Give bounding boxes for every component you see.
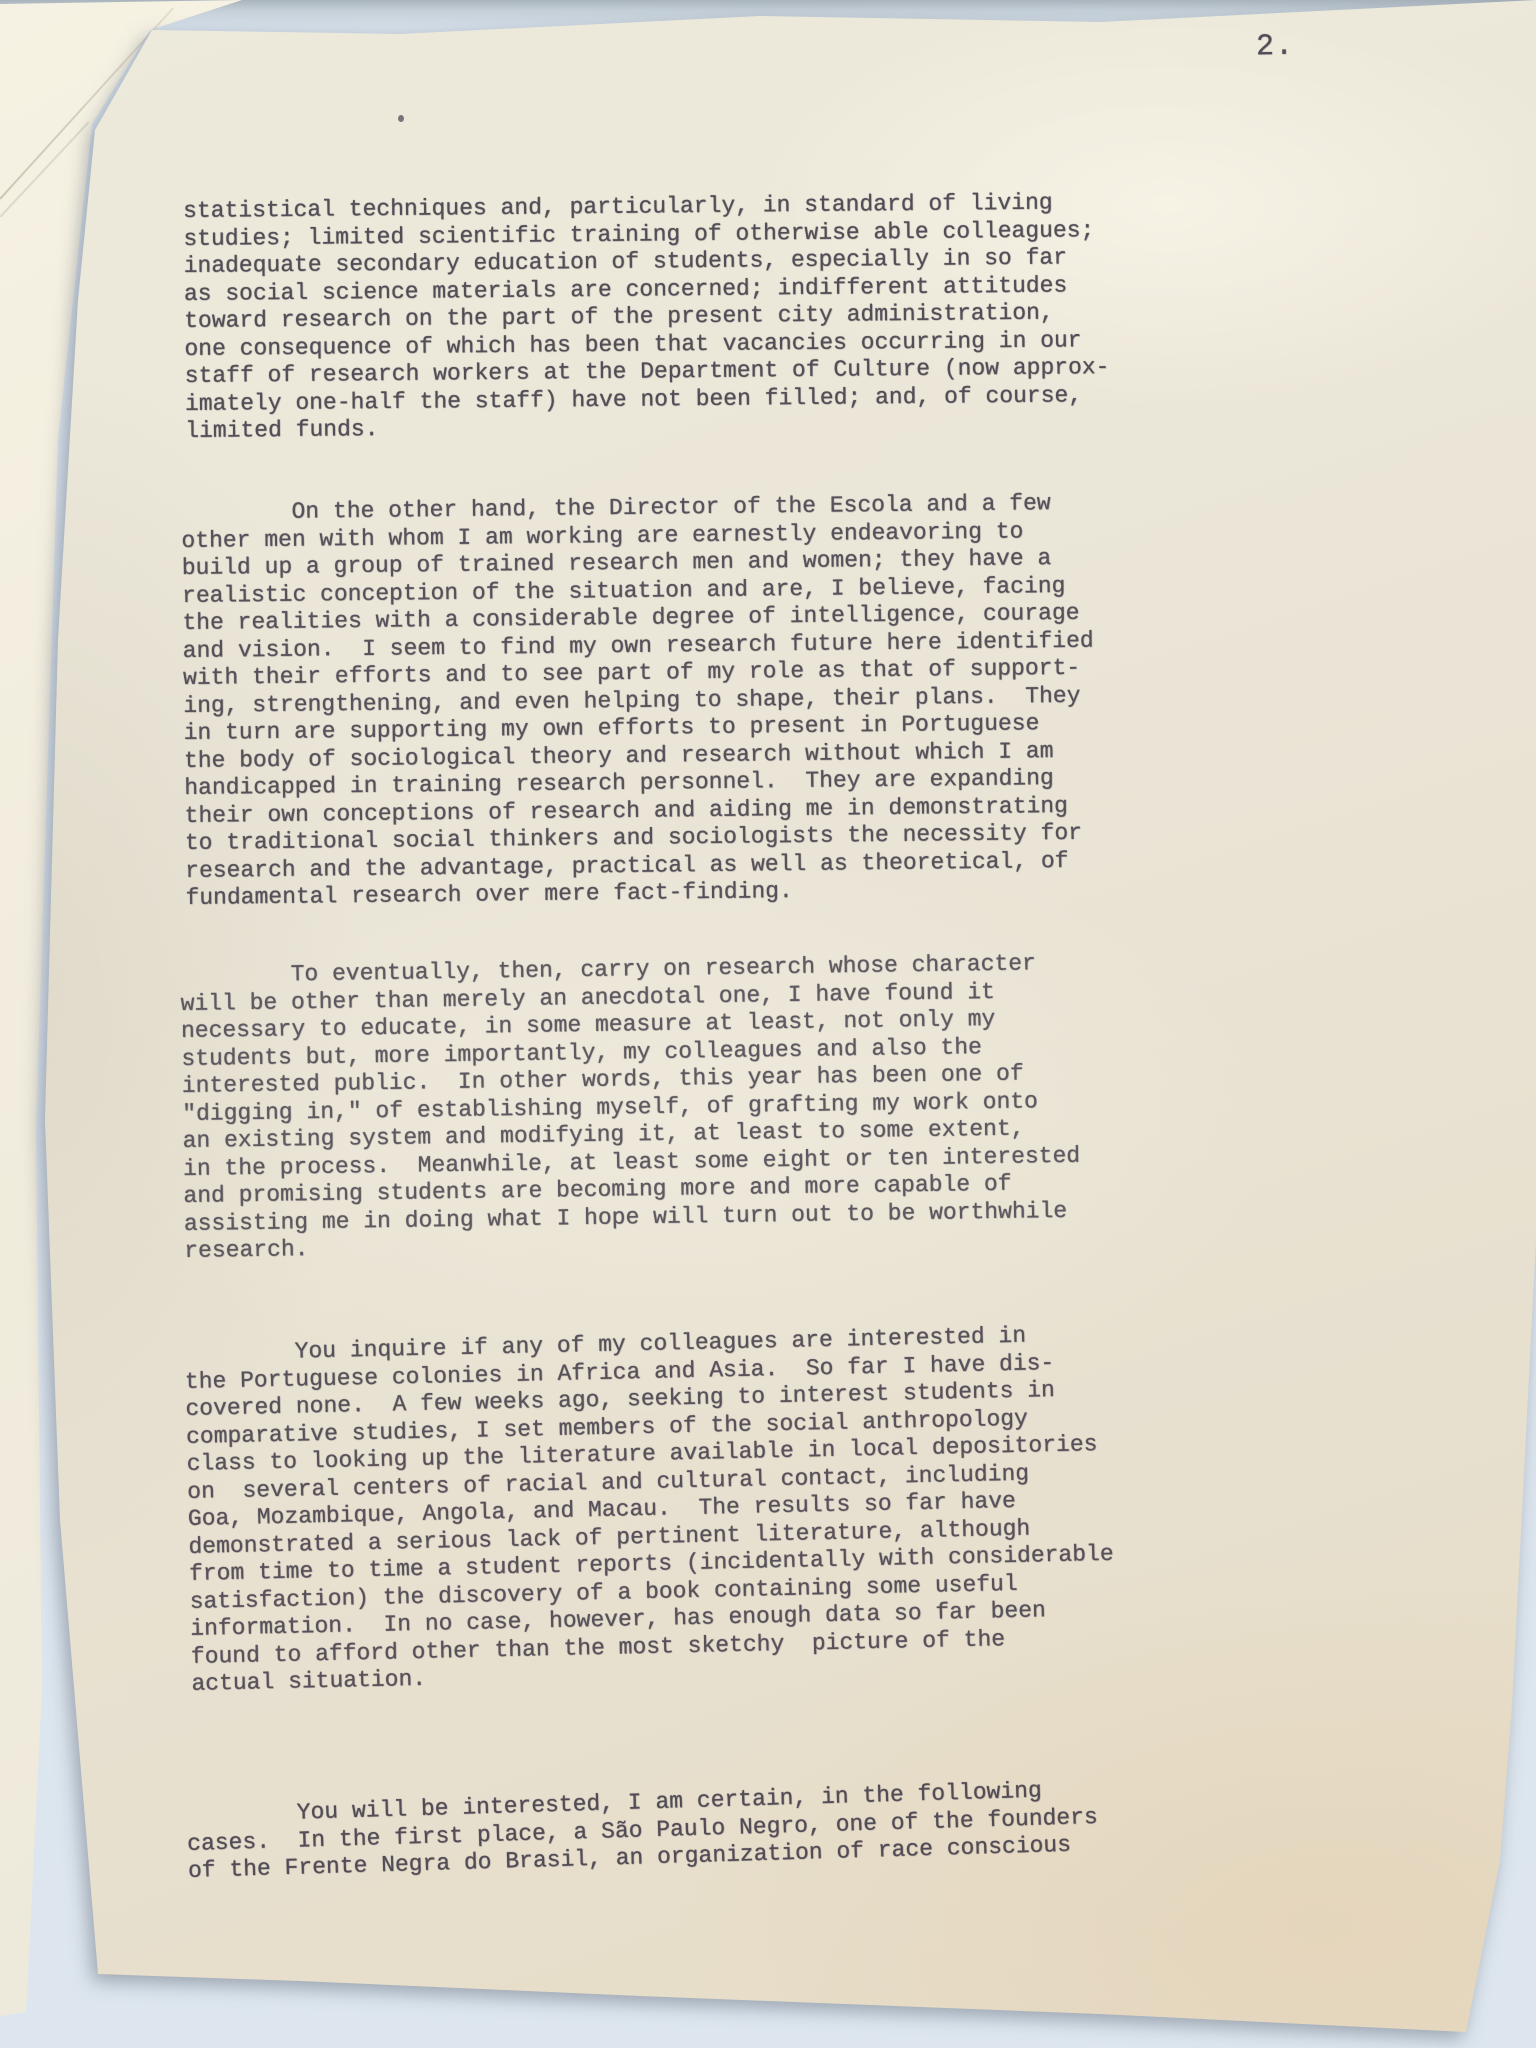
paper-sheet: 2. statistical techniques and, particula…: [0, 0, 1536, 2048]
paragraph-3: To eventually, then, carry on research w…: [180, 950, 1082, 1266]
photo-backdrop: 2. statistical techniques and, particula…: [0, 0, 1536, 2048]
page-number: 2.: [1256, 30, 1295, 65]
ink-speck: [398, 115, 404, 122]
document-page: 2. statistical techniques and, particula…: [0, 0, 1536, 2048]
paragraph-1: statistical techniques and, particularly…: [183, 189, 1110, 445]
paragraph-5: You will be interested, I am certain, in…: [186, 1776, 1099, 1885]
paragraph-4: You inquire if any of my colleagues are …: [184, 1321, 1116, 1699]
paragraph-2: On the other hand, the Director of the E…: [181, 490, 1097, 913]
